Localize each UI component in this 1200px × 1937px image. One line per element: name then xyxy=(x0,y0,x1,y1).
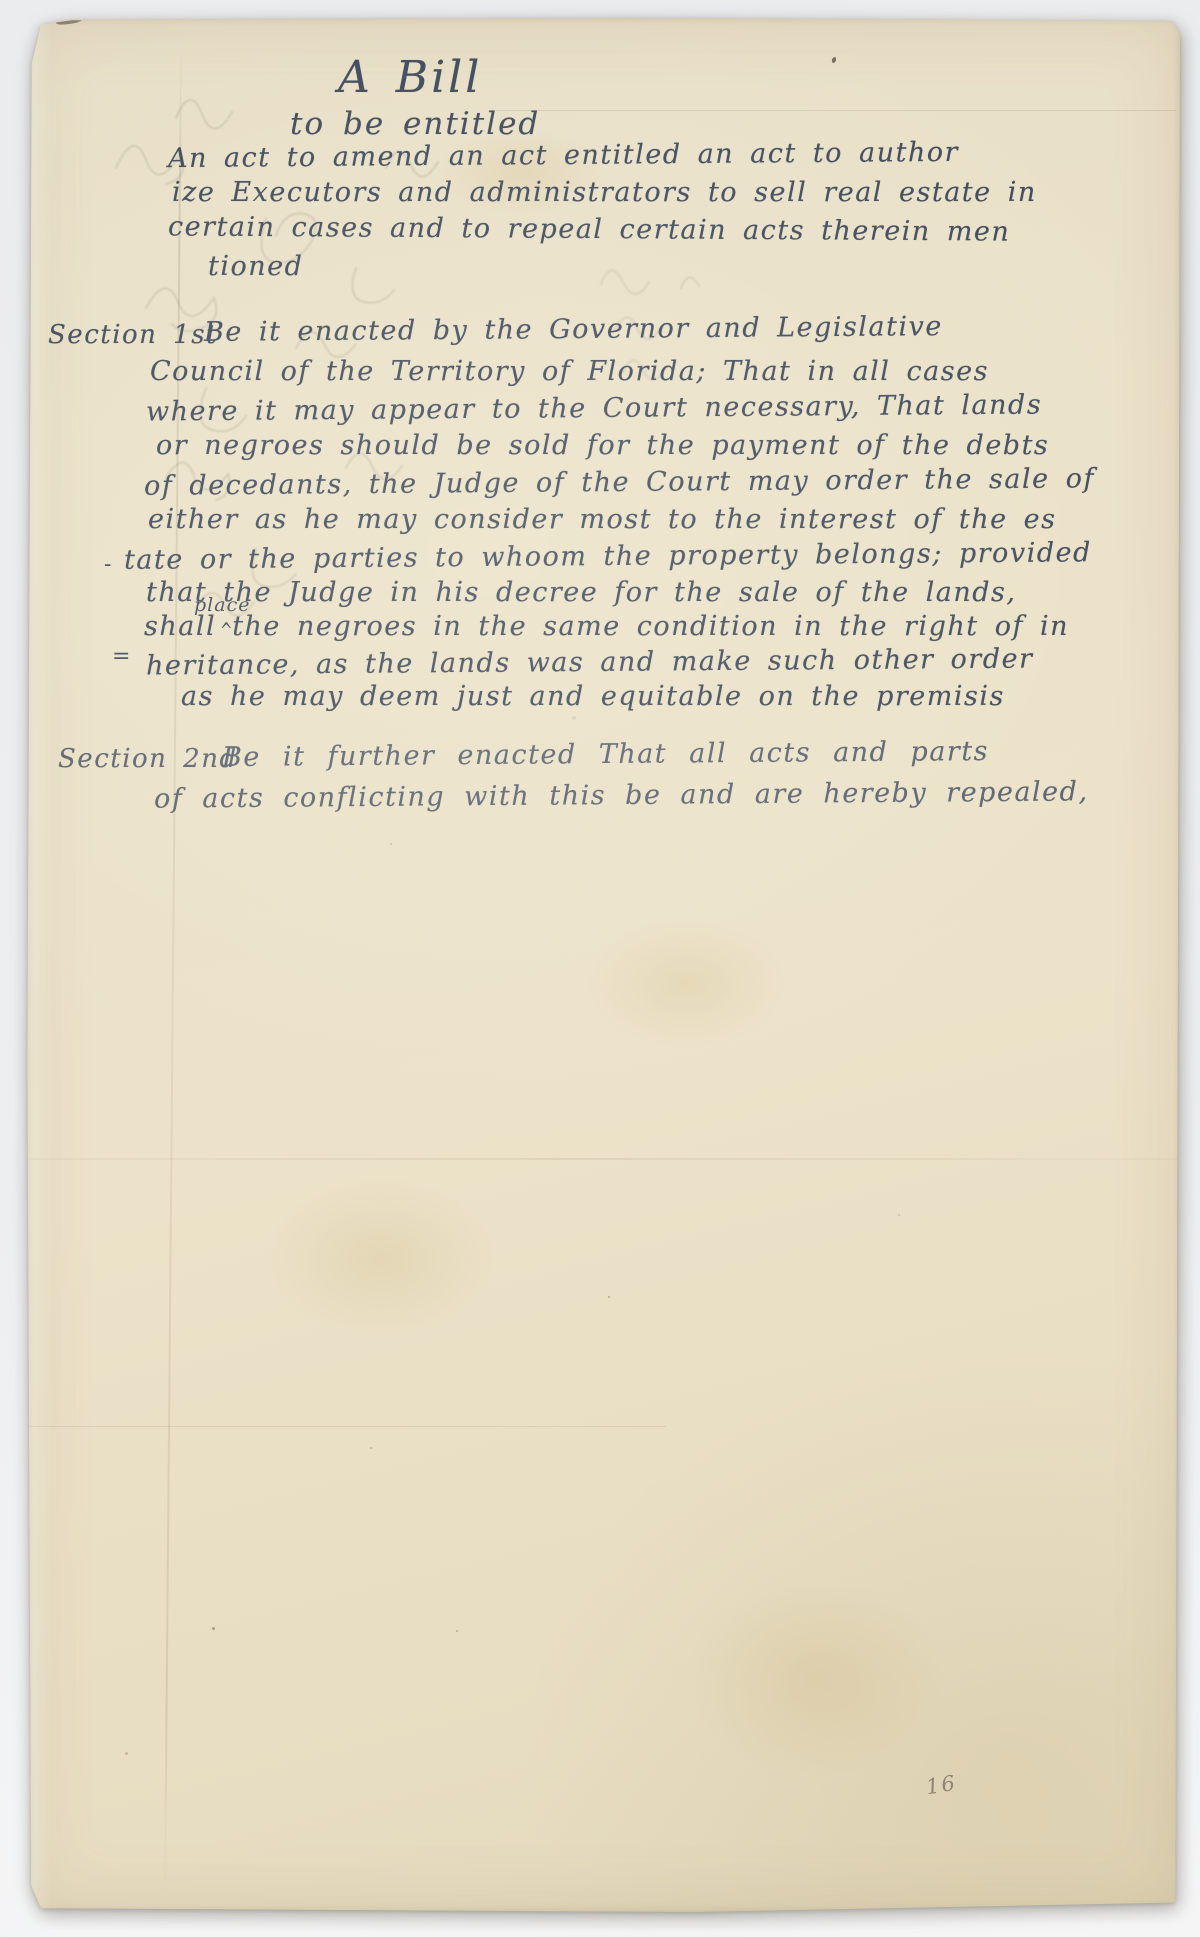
preamble-line-4: tioned xyxy=(208,251,303,282)
bill-subtitle: to be entitled xyxy=(290,106,540,142)
section1-line-10: heritance, as the lands was and make suc… xyxy=(146,644,1034,682)
fold-line-lower xyxy=(26,1426,666,1427)
speck xyxy=(831,56,837,63)
speck xyxy=(390,843,392,845)
preamble-line-1: An act to amend an act entitled an act t… xyxy=(168,137,959,174)
bill-title: A Bill xyxy=(338,52,482,103)
section1-opening: Be it enacted by the Governor and Legisl… xyxy=(204,311,943,348)
speck xyxy=(125,1752,128,1755)
stain xyxy=(686,1578,946,1778)
stain xyxy=(586,918,786,1048)
speck xyxy=(212,1627,215,1630)
fold-line-middle xyxy=(26,1158,1180,1160)
section1-line-2: Council of the Territory of Florida; Tha… xyxy=(150,356,989,387)
fold-line-top xyxy=(496,110,1176,111)
scanned-page-wrap: A Bill to be entitled An act to amend an… xyxy=(0,0,1200,1937)
page-number-pencil: 16 xyxy=(924,1771,958,1800)
margin-equals-mark: = xyxy=(112,644,130,669)
manuscript-paper: A Bill to be entitled An act to amend an… xyxy=(26,18,1180,1912)
margin-dash-mark: - xyxy=(104,552,111,577)
speck xyxy=(456,1630,458,1632)
speck xyxy=(608,1296,610,1298)
stain xyxy=(266,1178,496,1338)
section1-line-7: tate or the parties to whoom the propert… xyxy=(124,537,1092,576)
preamble-line-3: certain cases and to repeal certain acts… xyxy=(168,211,1010,247)
section1-line-8: that the Judge in his decree for the sal… xyxy=(146,577,1016,608)
preamble-line-2: ize Executors and administrators to sell… xyxy=(172,177,1037,208)
section1-line-5: of decedants, the Judge of the Court may… xyxy=(144,463,1095,501)
section2-opening: Be it further enacted That all acts and … xyxy=(222,736,989,773)
section1-line-9: shall the negroes in the same condition … xyxy=(144,611,1069,642)
section1-line-4: or negroes should be sold for the paymen… xyxy=(156,430,1049,461)
section2-label: Section 2nd xyxy=(58,744,238,774)
speck xyxy=(898,1214,900,1216)
speck xyxy=(370,1447,372,1449)
section2-line-2: of acts conflicting with this be and are… xyxy=(154,776,1089,814)
torn-corner-mark xyxy=(56,16,83,26)
speck xyxy=(572,716,576,720)
section1-line-6: either as he may consider most to the in… xyxy=(148,504,1056,535)
section1-line-11: as he may deem just and equitable on the… xyxy=(181,681,1005,712)
section1-line-3: where it may appear to the Court necessa… xyxy=(146,389,1042,427)
section1-label: Section 1st xyxy=(48,320,218,350)
